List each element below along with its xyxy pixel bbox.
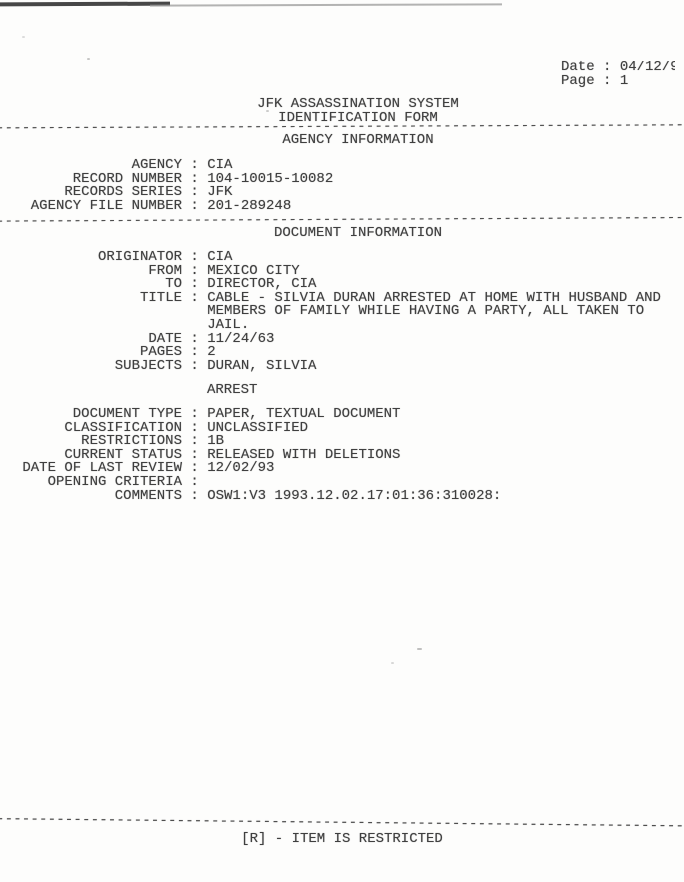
section-heading-document: DOCUMENT INFORMATION (0, 227, 684, 241)
scan-artifact-bar (0, 2, 170, 7)
field-label: SUBJECTS (0, 360, 182, 374)
field-value: 12/02/93 (207, 462, 274, 476)
date-page-block: Date : 04/12/9 Page : 1 (561, 61, 675, 88)
form-field-row: CLASSIFICATION : UNCLASSIFIED (0, 422, 501, 436)
separator: : (182, 290, 207, 306)
page-row: Page : 1 (561, 75, 675, 89)
field-value: CABLE - SILVIA DURAN ARRESTED AT HOME WI… (207, 292, 661, 333)
footer-restriction-note: [R] - ITEM IS RESTRICTED (0, 833, 684, 847)
form-field-row: SUBJECTS : DURAN, SILVIA (0, 360, 661, 374)
agency-information-section: AGENCY : CIA RECORD NUMBER : 104-10015-1… (0, 159, 333, 213)
scanned-document-page: { "separator": " : ", "header": { "date_… (0, 0, 684, 882)
field-label: AGENCY FILE NUMBER (0, 200, 182, 214)
field-value: OSW1:V3 1993.12.02.17:01:36:310028: (207, 490, 501, 504)
field-label: COMMENTS (0, 490, 182, 504)
document-information-section: ORIGINATOR : CIA FROM : MEXICO CITY TO :… (0, 251, 661, 373)
separator: : (595, 73, 620, 89)
field-label: TITLE (0, 292, 182, 306)
scan-speck (87, 58, 90, 60)
form-field-row: DATE : 11/24/63 (0, 333, 661, 347)
field-value: 201-289248 (207, 200, 291, 214)
form-field-row: PAGES : 2 (0, 346, 661, 360)
dashed-divider: ----------------------------------------… (0, 814, 684, 831)
field-value: DURAN, SILVIA (207, 360, 316, 374)
form-field-row: TITLE : CABLE - SILVIA DURAN ARRESTED AT… (0, 292, 661, 333)
section-heading-agency: AGENCY INFORMATION (0, 134, 684, 148)
scan-speck (417, 648, 422, 650)
scan-speck (391, 662, 394, 664)
scan-speck (22, 36, 25, 38)
field-value: 11/24/63 (207, 333, 274, 347)
separator: : (182, 198, 207, 214)
scan-artifact-line (150, 3, 502, 6)
form-field-row: AGENCY FILE NUMBER : 201-289248 (0, 200, 333, 214)
separator: : (182, 358, 207, 374)
review-information-section: DOCUMENT TYPE : PAPER, TEXTUAL DOCUMENT … (0, 408, 501, 503)
form-field-row: COMMENTS : OSW1:V3 1993.12.02.17:01:36:3… (0, 490, 501, 504)
field-label: FROM (0, 265, 182, 279)
subject-continuation: ARREST (207, 384, 257, 398)
page-number: 1 (620, 73, 628, 89)
separator: : (182, 488, 207, 504)
form-field-row: ORIGINATOR : CIA (0, 251, 661, 265)
form-field-row: FROM : MEXICO CITY (0, 265, 661, 279)
page-label: Page (561, 73, 595, 89)
